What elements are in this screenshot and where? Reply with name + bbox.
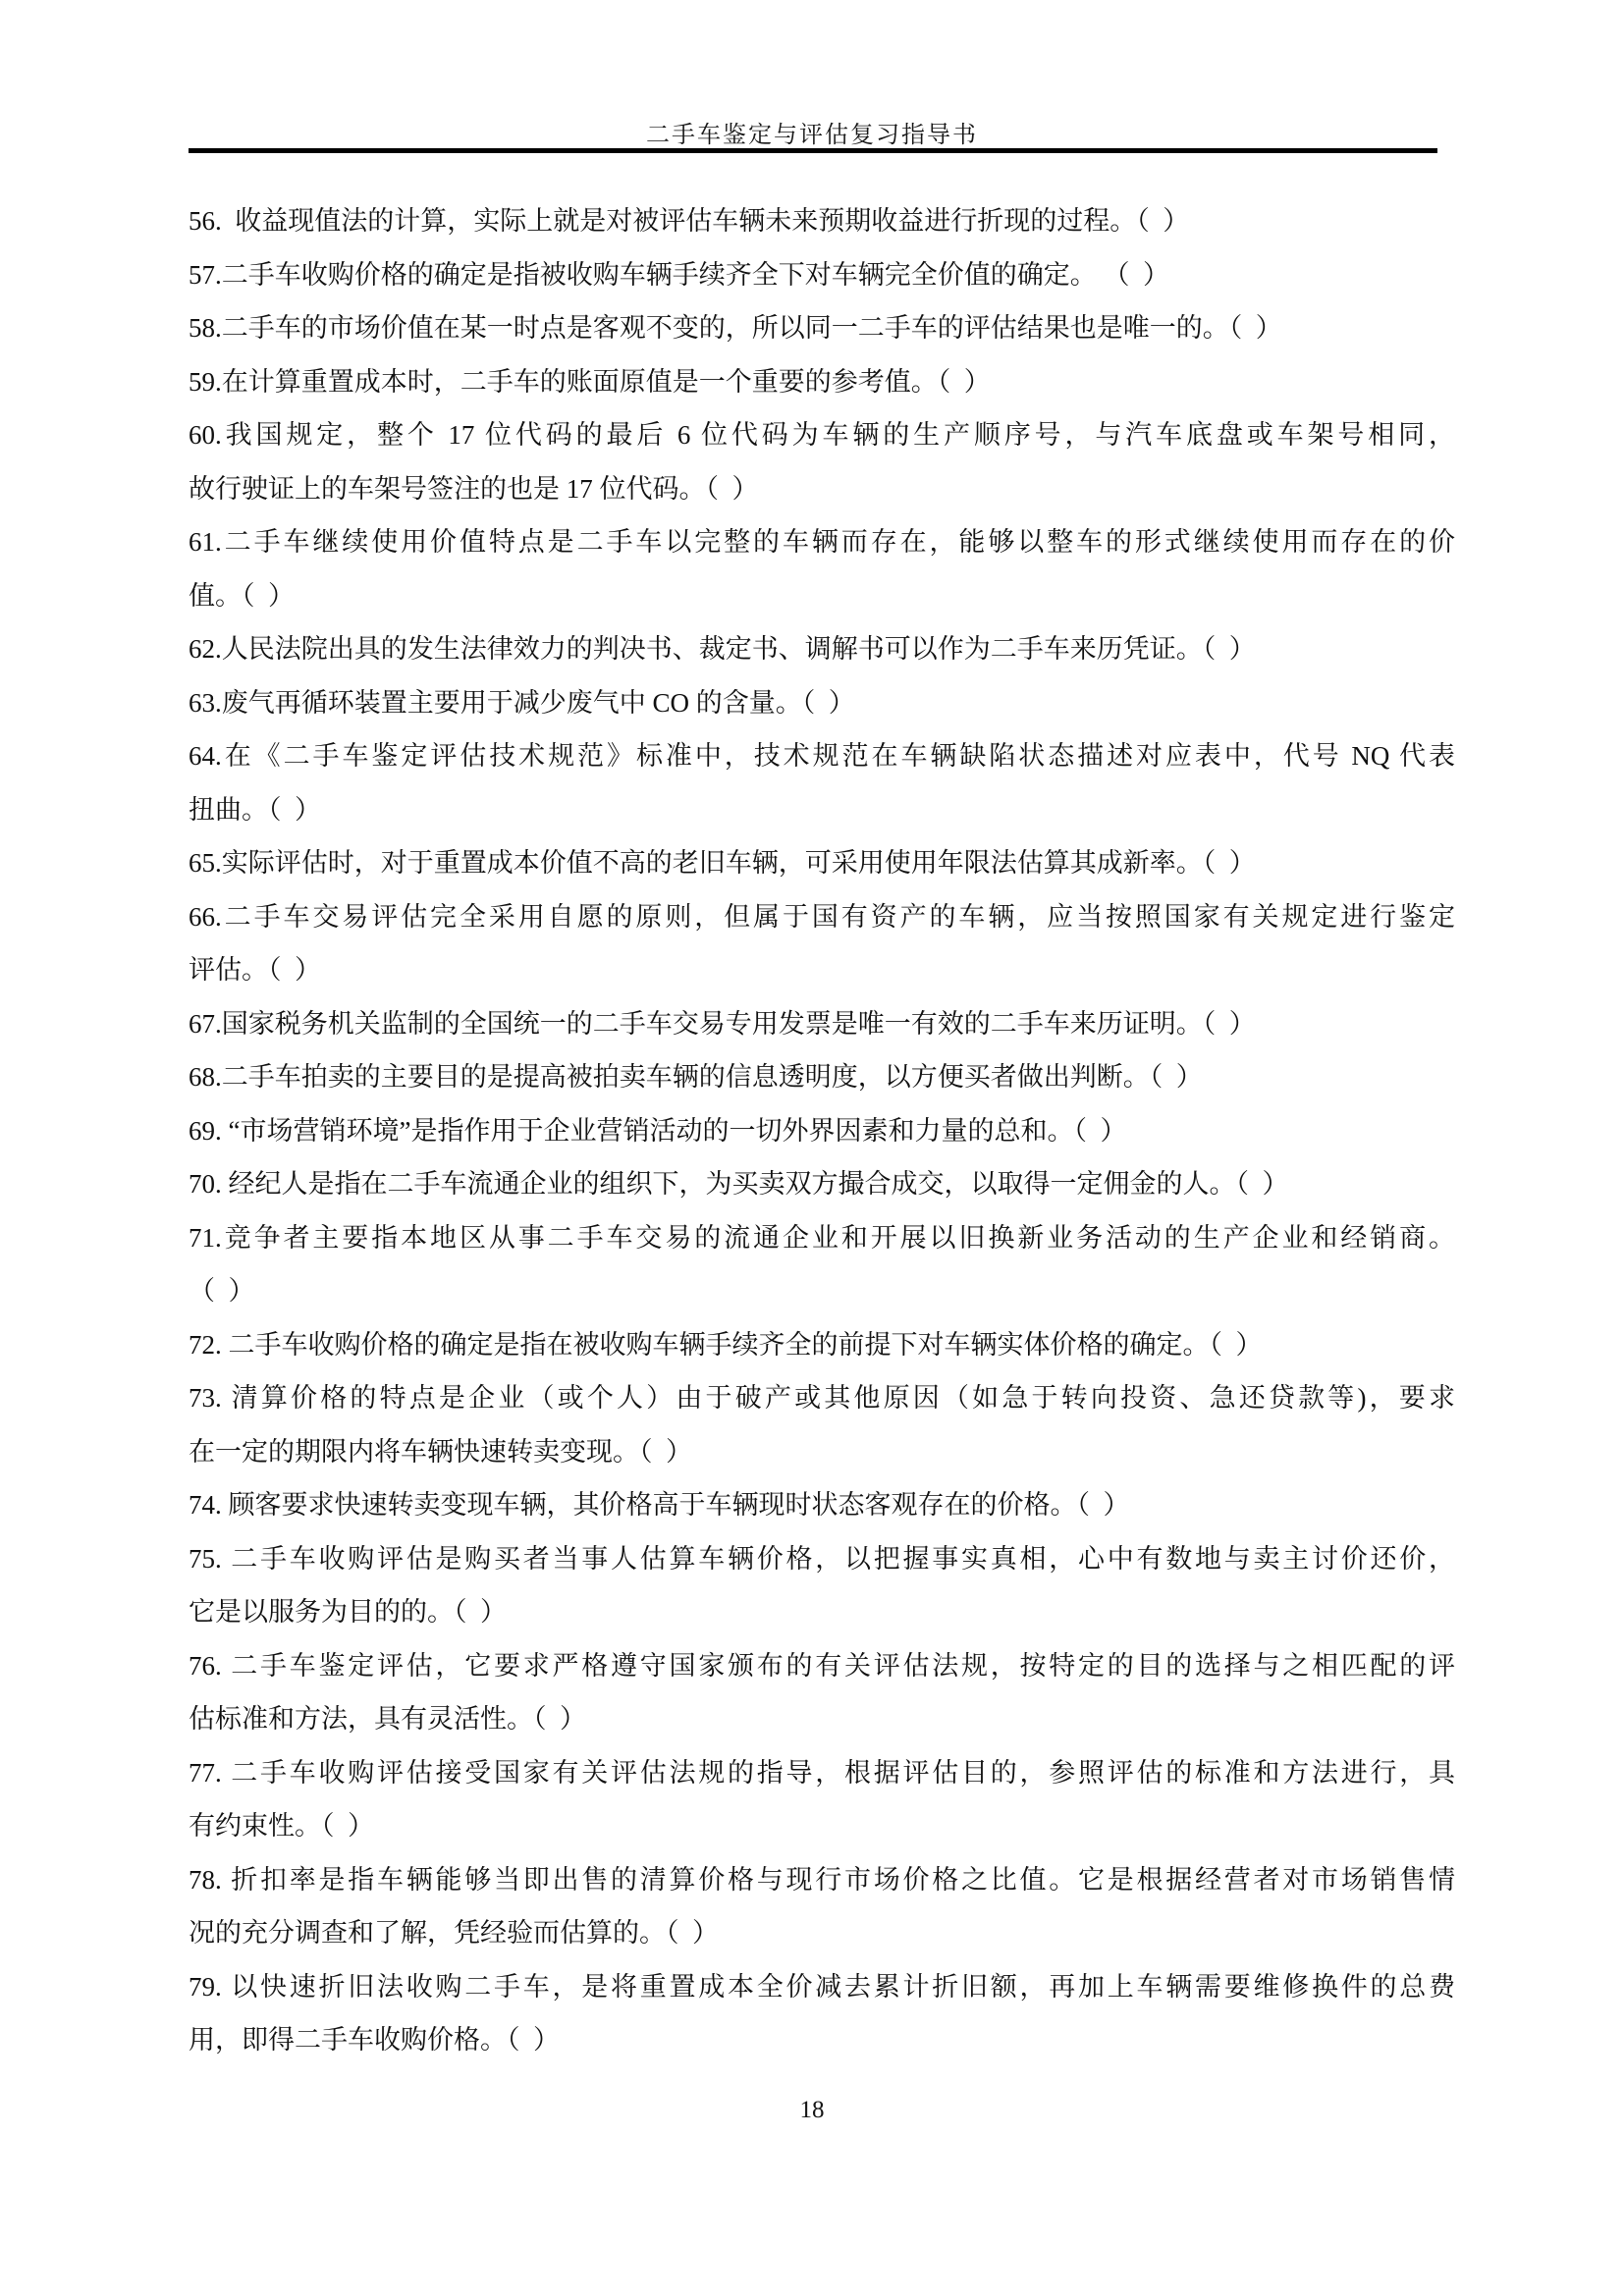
question-64-line-1: 64.在《二手车鉴定评估技术规范》标准中，技术规范在车辆缺陷状态描述对应表中，代… xyxy=(189,729,1455,783)
question-79-line-2: 用，即得二手车收购价格。（ ） xyxy=(189,2013,1455,2067)
question-65-line-1: 65.实际评估时，对于重置成本价值不高的老旧车辆，可采用使用年限法估算其成新率。… xyxy=(189,836,1455,890)
question-61-line-1: 61.二手车继续使用价值特点是二手车以完整的车辆而存在，能够以整车的形式继续使用… xyxy=(189,515,1455,569)
question-75-line-2: 它是以服务为目的的。（ ） xyxy=(189,1585,1455,1639)
question-77-line-2: 有约束性。（ ） xyxy=(189,1799,1455,1853)
question-60-line-2: 故行驶证上的车架号签注的也是 17 位代码。（ ） xyxy=(189,462,1455,516)
question-70-line-1: 70. 经纪人是指在二手车流通企业的组织下，为买卖双方撮合成交，以取得一定佣金的… xyxy=(189,1157,1455,1211)
question-73-line-1: 73. 清算价格的特点是企业（或个人）由于破产或其他原因（如急于转向投资、急还贷… xyxy=(189,1371,1455,1425)
question-66-line-2: 评估。（ ） xyxy=(189,943,1455,997)
question-69-line-1: 69. “市场营销环境”是指作用于企业营销活动的一切外界因素和力量的总和。（ ） xyxy=(189,1104,1455,1158)
question-76-line-1: 76. 二手车鉴定评估，它要求严格遵守国家颁布的有关评估法规，按特定的目的选择与… xyxy=(189,1639,1455,1693)
question-78-line-1: 78. 折扣率是指车辆能够当即出售的清算价格与现行市场价格之比值。它是根据经营者… xyxy=(189,1853,1455,1907)
question-75-line-1: 75. 二手车收购评估是购买者当事人估算车辆价格，以把握事实真相，心中有数地与卖… xyxy=(189,1532,1455,1586)
question-67-line-1: 67.国家税务机关监制的全国统一的二手车交易专用发票是唯一有效的二手车来历证明。… xyxy=(189,997,1455,1051)
question-list: 56. 收益现值法的计算，实际上就是对被评估车辆未来预期收益进行折现的过程。（ … xyxy=(189,194,1455,2067)
question-76-line-2: 估标准和方法，具有灵活性。（ ） xyxy=(189,1692,1455,1746)
question-64-line-2: 扭曲。（ ） xyxy=(189,783,1455,837)
header-title: 二手车鉴定与评估复习指导书 xyxy=(0,115,1624,149)
question-66-line-1: 66.二手车交易评估完全采用自愿的原则，但属于国有资产的车辆，应当按照国家有关规… xyxy=(189,890,1455,944)
question-57-line-1: 57.二手车收购价格的确定是指被收购车辆手续齐全下对车辆完全价值的确定。 （ ） xyxy=(189,248,1455,302)
question-71-line-2: （ ） xyxy=(189,1264,1455,1318)
question-56-line-1: 56. 收益现值法的计算，实际上就是对被评估车辆未来预期收益进行折现的过程。（ … xyxy=(189,194,1455,248)
question-78-line-2: 况的充分调查和了解，凭经验而估算的。（ ） xyxy=(189,1906,1455,1960)
question-59-line-1: 59.在计算重置成本时，二手车的账面原值是一个重要的参考值。（ ） xyxy=(189,355,1455,409)
question-58-line-1: 58.二手车的市场价值在某一时点是客观不变的，所以同一二手车的评估结果也是唯一的… xyxy=(189,301,1455,355)
document-page: 二手车鉴定与评估复习指导书 56. 收益现值法的计算，实际上就是对被评估车辆未来… xyxy=(0,0,1624,2296)
question-63-line-1: 63.废气再循环装置主要用于减少废气中 CO 的含量。（ ） xyxy=(189,676,1455,730)
question-73-line-2: 在一定的期限内将车辆快速转卖变现。（ ） xyxy=(189,1425,1455,1479)
page-number: 18 xyxy=(800,2097,825,2123)
question-74-line-1: 74. 顾客要求快速转卖变现车辆，其价格高于车辆现时状态客观存在的价格。（ ） xyxy=(189,1478,1455,1532)
header-rule xyxy=(189,148,1437,153)
question-61-line-2: 值。（ ） xyxy=(189,569,1455,623)
question-68-line-1: 68.二手车拍卖的主要目的是提高被拍卖车辆的信息透明度，以方便买者做出判断。（ … xyxy=(189,1050,1455,1104)
question-62-line-1: 62.人民法院出具的发生法律效力的判决书、裁定书、调解书可以作为二手车来历凭证。… xyxy=(189,622,1455,676)
question-60-line-1: 60.我国规定，整个 17 位代码的最后 6 位代码为车辆的生产顺序号，与汽车底… xyxy=(189,408,1455,462)
page-footer: 18 xyxy=(0,2097,1624,2124)
question-77-line-1: 77. 二手车收购评估接受国家有关评估法规的指导，根据评估目的，参照评估的标准和… xyxy=(189,1746,1455,1800)
question-72-line-1: 72. 二手车收购价格的确定是指在被收购车辆手续齐全的前提下对车辆实体价格的确定… xyxy=(189,1318,1455,1372)
question-79-line-1: 79. 以快速折旧法收购二手车，是将重置成本全价减去累计折旧额，再加上车辆需要维… xyxy=(189,1960,1455,2014)
question-71-line-1: 71.竞争者主要指本地区从事二手车交易的流通企业和开展以旧换新业务活动的生产企业… xyxy=(189,1211,1455,1265)
